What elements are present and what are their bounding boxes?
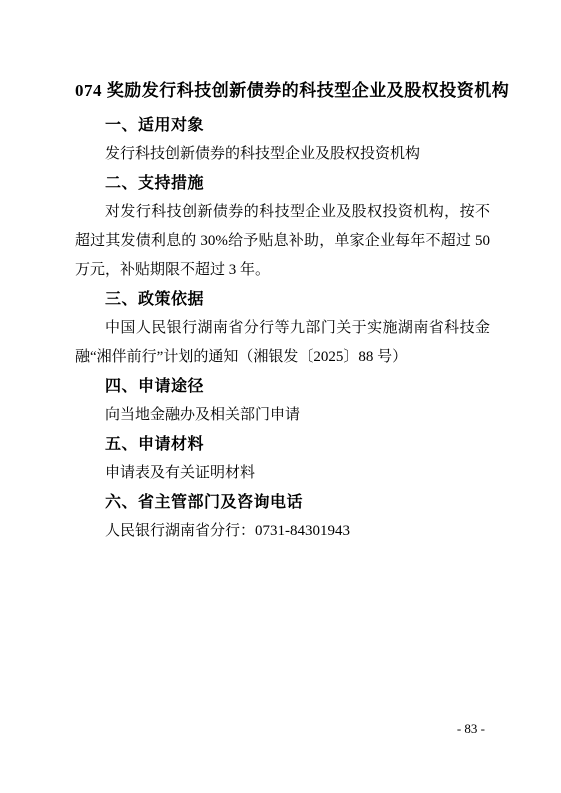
document-section: 二、支持措施 对发行科技创新债券的科技型企业及股权投资机构，按不超过其发债利息的…	[75, 169, 490, 285]
section-heading: 四、申请途径	[75, 372, 490, 401]
document-section: 三、政策依据 中国人民银行湖南省分行等九部门关于实施湖南省科技金融“湘伴前行”计…	[75, 285, 490, 372]
document-section: 四、申请途径 向当地金融办及相关部门申请	[75, 372, 490, 430]
document-section: 一、适用对象 发行科技创新债券的科技型企业及股权投资机构	[75, 111, 490, 169]
section-body: 人民银行湖南省分行：0731-84301943	[75, 517, 490, 546]
document-section: 六、省主管部门及咨询电话 人民银行湖南省分行：0731-84301943	[75, 488, 490, 546]
section-heading: 六、省主管部门及咨询电话	[75, 488, 490, 517]
section-body: 向当地金融办及相关部门申请	[75, 401, 490, 430]
section-heading: 五、申请材料	[75, 430, 490, 459]
section-body: 对发行科技创新债券的科技型企业及股权投资机构，按不超过其发债利息的 30%给予贴…	[75, 198, 490, 285]
section-body: 申请表及有关证明材料	[75, 459, 490, 488]
document-title: 074 奖励发行科技创新债券的科技型企业及股权投资机构	[75, 76, 490, 105]
section-body: 中国人民银行湖南省分行等九部门关于实施湖南省科技金融“湘伴前行”计划的通知（湘银…	[75, 314, 490, 372]
sections-container: 一、适用对象 发行科技创新债券的科技型企业及股权投资机构 二、支持措施 对发行科…	[75, 111, 490, 546]
page-number: - 83 -	[457, 721, 485, 737]
section-heading: 二、支持措施	[75, 169, 490, 198]
document-content: 074 奖励发行科技创新债券的科技型企业及股权投资机构 一、适用对象 发行科技创…	[75, 76, 490, 546]
document-page: 074 奖励发行科技创新债券的科技型企业及股权投资机构 一、适用对象 发行科技创…	[0, 0, 561, 793]
document-section: 五、申请材料 申请表及有关证明材料	[75, 430, 490, 488]
section-heading: 一、适用对象	[75, 111, 490, 140]
section-body: 发行科技创新债券的科技型企业及股权投资机构	[75, 140, 490, 169]
section-heading: 三、政策依据	[75, 285, 490, 314]
